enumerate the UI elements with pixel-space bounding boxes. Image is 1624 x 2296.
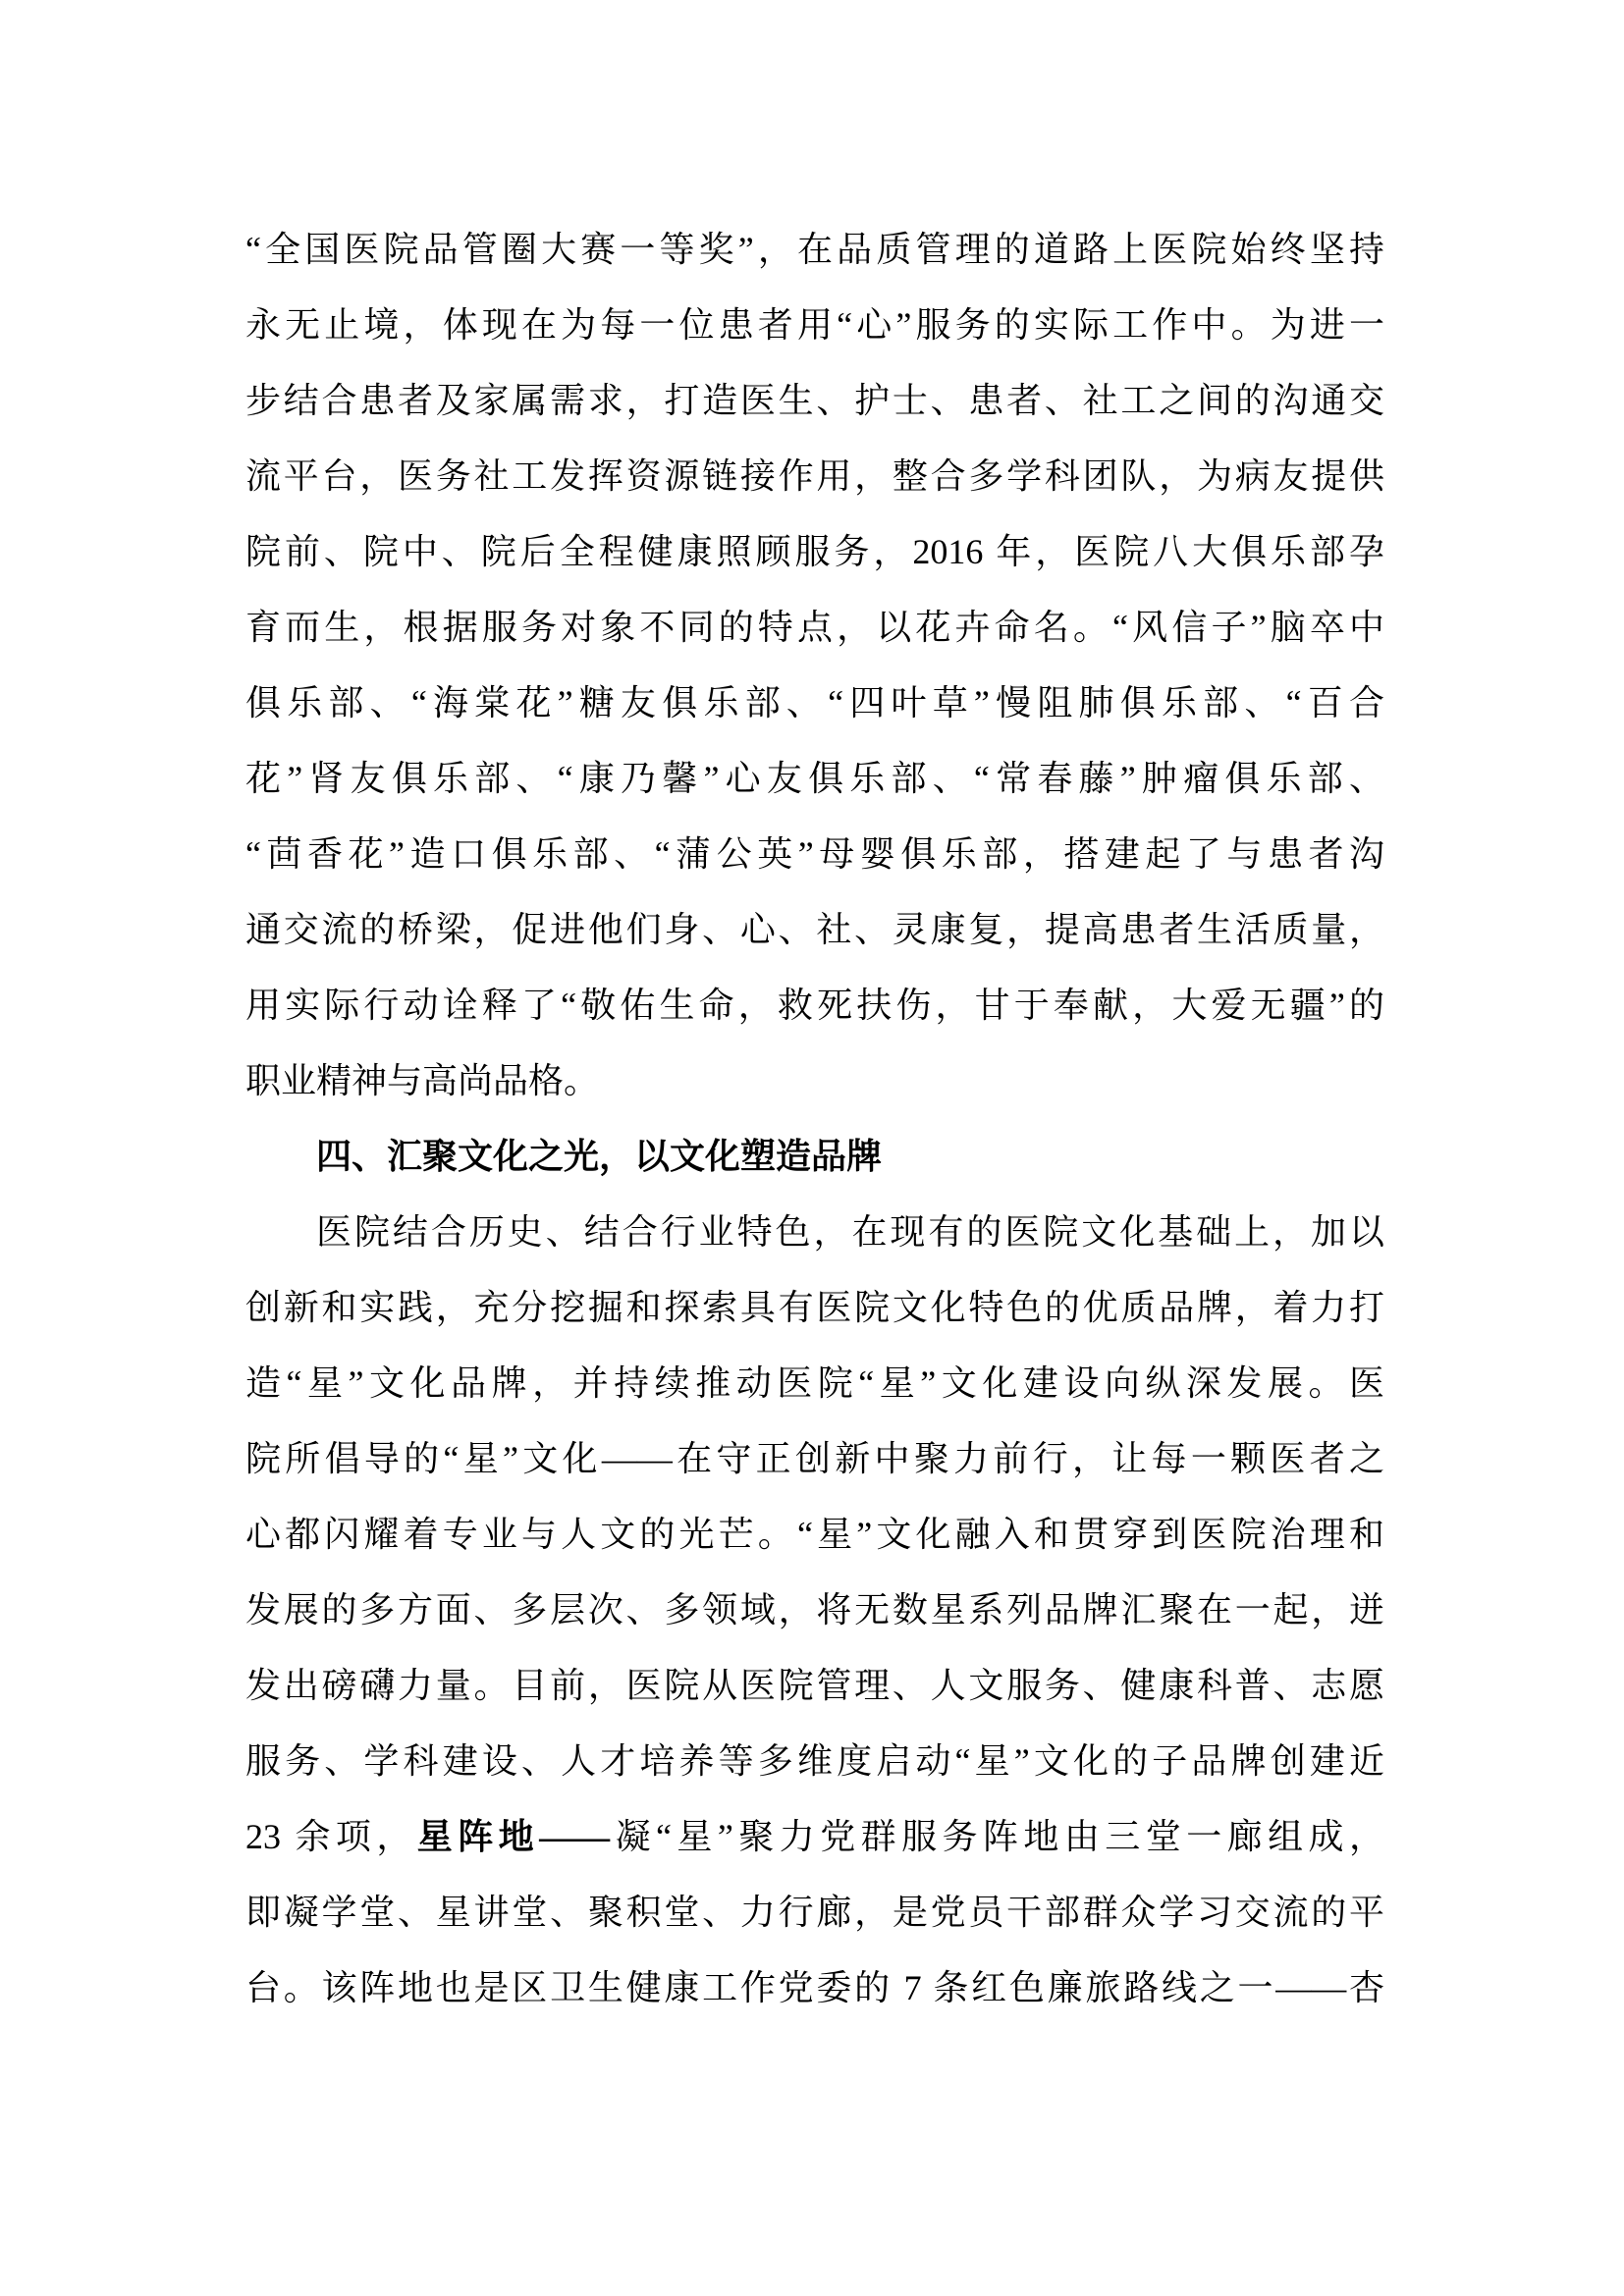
- text-line: 造“星”文化品牌，并持续推动医院“星”文化建设向纵深发展。医: [245, 1346, 1384, 1421]
- text-segment: 发出磅礴力量。目前，医院从医院管理、人文服务、健康科普、志愿: [245, 1666, 1384, 1705]
- text-line: 服务、学科建设、人才培养等多维度启动“星”文化的子品牌创建近: [245, 1724, 1384, 1799]
- text-segment: 院前、院中、院后全程健康照顾服务，2016 年，医院八大俱乐部孕: [245, 532, 1384, 571]
- text-segment: 凝“星”聚力党群服务阵地由三堂一廊组成，: [610, 1817, 1384, 1856]
- text-line: 医院结合历史、结合行业特色，在现有的医院文化基础上，加以: [245, 1195, 1384, 1270]
- text-segment: 台。该阵地也是区卫生健康工作党委的 7 条红色廉旅路线之一——杏: [245, 1968, 1384, 2007]
- text-line: 流平台，医务社工发挥资源链接作用，整合多学科团队，为病友提供: [245, 439, 1384, 514]
- text-segment: “茴香花”造口俱乐部、“蒲公英”母婴俱乐部，搭建起了与患者沟: [245, 834, 1384, 874]
- text-segment: 心都闪耀着专业与人文的光芒。“星”文化融入和贯穿到医院治理和: [245, 1515, 1384, 1554]
- text-line: 台。该阵地也是区卫生健康工作党委的 7 条红色廉旅路线之一——杏: [245, 1950, 1384, 2026]
- text-segment: 永无止境，体现在为每一位患者用“心”服务的实际工作中。为进一: [245, 305, 1384, 345]
- text-segment: 院所倡导的“星”文化——在守正创新中聚力前行，让每一颗医者之: [245, 1439, 1384, 1478]
- document-page: “全国医院品管圈大赛一等奖”，在品质管理的道路上医院始终坚持永无止境，体现在为每…: [0, 0, 1624, 2296]
- text-segment: 23 余项，: [245, 1817, 417, 1856]
- text-line: 发出磅礴力量。目前，医院从医院管理、人文服务、健康科普、志愿: [245, 1648, 1384, 1724]
- text-line: 育而生，根据服务对象不同的特点，以花卉命名。“风信子”脑卒中: [245, 590, 1384, 666]
- text-line: 用实际行动诠释了“敬佑生命，救死扶伤，甘于奉献，大爱无疆”的: [245, 968, 1384, 1043]
- text-line: 发展的多方面、多层次、多领域，将无数星系列品牌汇聚在一起，迸: [245, 1573, 1384, 1648]
- text-line: 院前、院中、院后全程健康照顾服务，2016 年，医院八大俱乐部孕: [245, 514, 1384, 590]
- text-segment: 即凝学堂、星讲堂、聚积堂、力行廊，是党员干部群众学习交流的平: [245, 1893, 1384, 1932]
- text-line: 俱乐部、“海棠花”糖友俱乐部、“四叶草”慢阻肺俱乐部、“百合: [245, 666, 1384, 741]
- text-segment: 俱乐部、“海棠花”糖友俱乐部、“四叶草”慢阻肺俱乐部、“百合: [245, 683, 1384, 722]
- text-segment: 创新和实践，充分挖掘和探索具有医院文化特色的优质品牌，着力打: [245, 1288, 1384, 1327]
- text-line: 院所倡导的“星”文化——在守正创新中聚力前行，让每一颗医者之: [245, 1421, 1384, 1497]
- text-line: 职业精神与高尚品格。: [245, 1043, 1384, 1119]
- text-line: 23 余项，星阵地——凝“星”聚力党群服务阵地由三堂一廊组成，: [245, 1799, 1384, 1875]
- text-line: “茴香花”造口俱乐部、“蒲公英”母婴俱乐部，搭建起了与患者沟: [245, 817, 1384, 892]
- text-segment: 用实际行动诠释了“敬佑生命，救死扶伤，甘于奉献，大爱无疆”的: [245, 986, 1384, 1025]
- text-segment: 通交流的桥梁，促进他们身、心、社、灵康复，提高患者生活质量，: [245, 910, 1384, 949]
- text-segment: “全国医院品管圈大赛一等奖”，在品质管理的道路上医院始终坚持: [245, 230, 1384, 269]
- text-line: 花”肾友俱乐部、“康乃馨”心友俱乐部、“常春藤”肿瘤俱乐部、: [245, 741, 1384, 817]
- text-line: 永无止境，体现在为每一位患者用“心”服务的实际工作中。为进一: [245, 288, 1384, 363]
- text-segment: 步结合患者及家属需求，打造医生、护士、患者、社工之间的沟通交: [245, 381, 1384, 420]
- text-line: “全国医院品管圈大赛一等奖”，在品质管理的道路上医院始终坚持: [245, 212, 1384, 288]
- bold-text-segment: 四、汇聚文化之光，以文化塑造品牌: [316, 1137, 882, 1176]
- text-segment: 流平台，医务社工发挥资源链接作用，整合多学科团队，为病友提供: [245, 456, 1384, 496]
- document-body: “全国医院品管圈大赛一等奖”，在品质管理的道路上医院始终坚持永无止境，体现在为每…: [245, 212, 1384, 2026]
- text-line: 通交流的桥梁，促进他们身、心、社、灵康复，提高患者生活质量，: [245, 892, 1384, 968]
- text-segment: 花”肾友俱乐部、“康乃馨”心友俱乐部、“常春藤”肿瘤俱乐部、: [245, 759, 1384, 798]
- text-line: 即凝学堂、星讲堂、聚积堂、力行廊，是党员干部群众学习交流的平: [245, 1875, 1384, 1950]
- text-segment: 造“星”文化品牌，并持续推动医院“星”文化建设向纵深发展。医: [245, 1363, 1384, 1403]
- bold-text-segment: 星阵地——: [417, 1817, 610, 1856]
- text-segment: 育而生，根据服务对象不同的特点，以花卉命名。“风信子”脑卒中: [245, 608, 1384, 647]
- section-heading: 四、汇聚文化之光，以文化塑造品牌: [245, 1119, 1384, 1195]
- text-line: 心都闪耀着专业与人文的光芒。“星”文化融入和贯穿到医院治理和: [245, 1497, 1384, 1573]
- text-segment: 发展的多方面、多层次、多领域，将无数星系列品牌汇聚在一起，迸: [245, 1590, 1384, 1629]
- text-line: 步结合患者及家属需求，打造医生、护士、患者、社工之间的沟通交: [245, 363, 1384, 439]
- text-segment: 服务、学科建设、人才培养等多维度启动“星”文化的子品牌创建近: [245, 1741, 1384, 1781]
- text-line: 创新和实践，充分挖掘和探索具有医院文化特色的优质品牌，着力打: [245, 1270, 1384, 1346]
- text-segment: 职业精神与高尚品格。: [245, 1061, 599, 1100]
- text-segment: 医院结合历史、结合行业特色，在现有的医院文化基础上，加以: [316, 1212, 1384, 1252]
